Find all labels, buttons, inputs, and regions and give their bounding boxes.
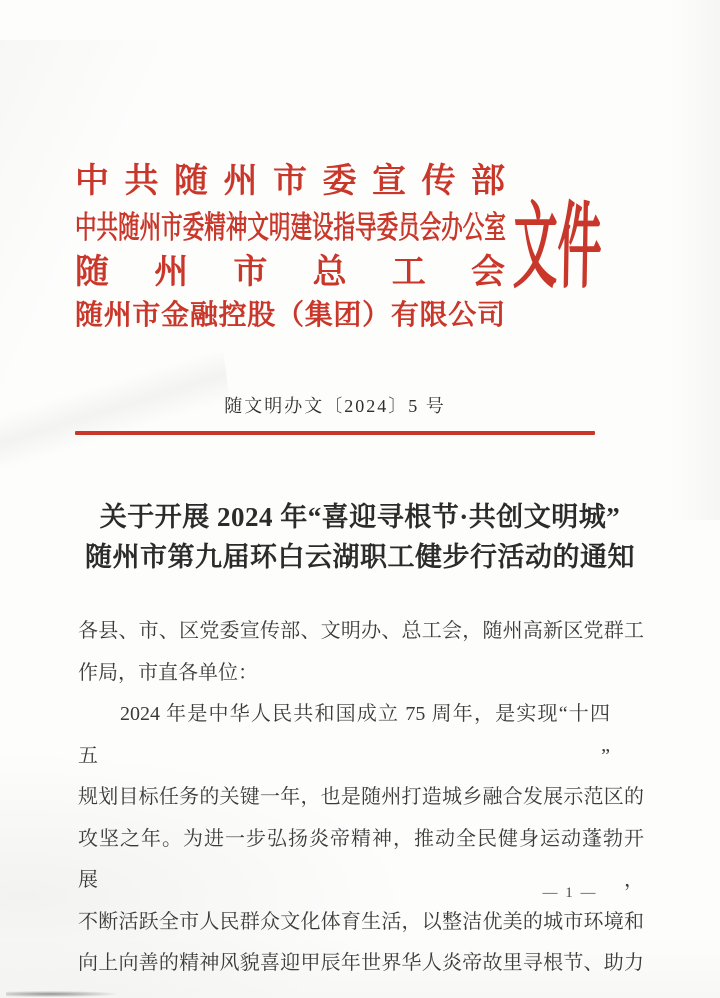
org-line-civilization-office-text: 中共随州市委精神文明建设指导委员会办公室 [75,209,506,248]
red-divider-line [75,431,595,435]
document-number: 随文明办文〔2024〕5 号 [75,392,595,418]
document-body: 各县、市、区党委宣传部、文明办、总工会，随州高新区党群工 作局，市直各单位： 2… [78,611,644,985]
org-line-civilization-office: 中共随州市委精神文明建设指导委员会办公室 [75,209,505,248]
org-line-financial-holding-group: 随州市金融控股（集团）有限公司 [75,298,505,333]
doc-type-label: 文件 [512,201,602,295]
body-line: 向上向善的精神风貌喜迎甲辰年世界华人炎帝故里寻根节、助力 [78,943,644,985]
body-line: 各县、市、区党委宣传部、文明办、总工会，随州高新区党群工 [78,611,644,653]
document-title-line2: 随州市第九届环白云湖职工健步行活动的通知 [30,537,690,577]
org-line-federation-trade-unions: 随州市总工会 [75,252,505,295]
scan-smudge-bottom-edge [6,991,116,997]
org-line-propaganda-dept: 中共随州市委宣传部 [75,161,505,204]
body-line: 规划目标任务的关键一年，也是随州打造城乡融合发展示范区的 [78,777,644,819]
scan-shade-right [670,0,720,520]
body-line: 不断活跃全市人民群众文化体育生活，以整洁优美的城市环境和 [78,902,644,944]
page-number: — 1 — [510,885,630,902]
document-title-line1: 关于开展 2024 年“喜迎寻根节·共创文明城” [30,497,690,537]
body-line: 作局，市直各单位： [78,653,644,695]
body-line: 2024 年是中华人民共和国成立 75 周年，是实现“十四五” [78,694,644,777]
scanned-document-page: 中共随州市委宣传部 中共随州市委精神文明建设指导委员会办公室 随州市总工会 随州… [0,0,720,998]
document-title: 关于开展 2024 年“喜迎寻根节·共创文明城” 随州市第九届环白云湖职工健步行… [30,497,690,577]
